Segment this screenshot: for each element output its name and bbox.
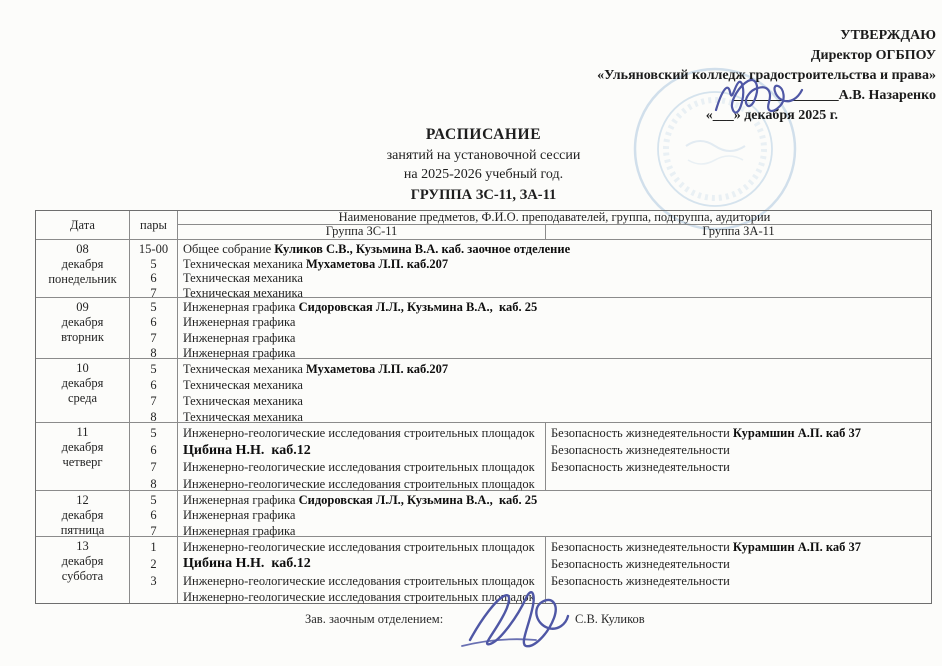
approval-line-3: «Ульяновский колледж градостроительства … — [416, 66, 936, 86]
subject-line: Техническая механика — [183, 393, 927, 409]
table-row: 08декабряпонедельник15-00567Общее собран… — [36, 239, 931, 297]
footer-label: Зав. заочным отделением: — [305, 612, 443, 627]
date-cell: 09декабрявторник — [36, 298, 130, 358]
subject-line: Инженерная графика — [183, 331, 927, 346]
subject-line: Безопасность жизнедеятельности — [551, 573, 927, 590]
subject-line: Инженерно-геологические исследования стр… — [183, 539, 541, 556]
subject-cell-full: Техническая механика Мухаметова Л.П. каб… — [178, 359, 931, 422]
header-date: Дата — [36, 211, 130, 239]
document-title: РАСПИСАНИЕ — [35, 124, 932, 146]
schedule-table: Дата пары Наименование предметов, Ф.И.О.… — [35, 210, 932, 604]
table-row: 10декабрясреда5678Техническая механика М… — [36, 358, 931, 422]
subject-line: Техническая механика Мухаметова Л.П. каб… — [183, 257, 927, 272]
subject-line: Цибина Н.Н. каб.12 — [183, 556, 541, 573]
title-block: РАСПИСАНИЕ занятий на установочной сесси… — [35, 124, 932, 205]
approval-line-1: УТВЕРЖДАЮ — [416, 26, 936, 46]
subject-cell-full: Общее собрание Куликов С.В., Кузьмина В.… — [178, 240, 931, 297]
approval-sign-line: _______________А.В. Назаренко — [416, 86, 936, 106]
table-row: 09декабрявторник5678Инженерная графика С… — [36, 297, 931, 358]
subject-cell-za11: Безопасность жизнедеятельности Курамшин … — [546, 423, 931, 490]
director-name: А.В. Назаренко — [839, 88, 936, 103]
header-group-zs11: Группа ЗС-11 — [178, 225, 546, 239]
table-body: 08декабряпонедельник15-00567Общее собран… — [36, 239, 931, 603]
pairs-cell: 123 — [130, 537, 178, 603]
subject-line: Инженерная графика Сидоровская Л.Л., Куз… — [183, 300, 927, 315]
subject-line: Техническая механика — [183, 271, 927, 286]
pairs-cell: 567 — [130, 491, 178, 536]
subject-cell-zs11: Инженерно-геологические исследования стр… — [178, 423, 546, 490]
subject-line: Инженерно-геологические исследования стр… — [183, 459, 541, 476]
table-header: Дата пары Наименование предметов, Ф.И.О.… — [36, 211, 931, 239]
date-cell: 11декабрячетверг — [36, 423, 130, 490]
signature-underline: _______________ — [734, 88, 839, 103]
group-title: ГРУППА ЗС-11, ЗА-11 — [35, 185, 932, 205]
table-row: 13декабрясуббота123Инженерно-геологическ… — [36, 536, 931, 603]
subject-line: Инженерно-геологические исследования стр… — [183, 589, 541, 606]
subject-line: Инженерная графика Сидоровская Л.Л., Куз… — [183, 493, 927, 508]
date-cell: 12декабряпятница — [36, 491, 130, 536]
subject-line: Инженерная графика — [183, 315, 927, 330]
approval-block: УТВЕРЖДАЮ Директор ОГБПОУ «Ульяновский к… — [416, 26, 936, 126]
subject-line: Общее собрание Куликов С.В., Кузьмина В.… — [183, 242, 927, 257]
document-subtitle-2: на 2025-2026 учебный год. — [35, 165, 932, 184]
header-subjects: Наименование предметов, Ф.И.О. преподава… — [178, 211, 931, 225]
subject-line: Безопасность жизнедеятельности — [551, 442, 927, 459]
header-pairs: пары — [130, 211, 178, 239]
pairs-cell: 15-00567 — [130, 240, 178, 297]
pairs-cell: 5678 — [130, 423, 178, 490]
table-row: 11декабрячетверг5678Инженерно-геологичес… — [36, 422, 931, 490]
header-groups: Группа ЗС-11 Группа ЗА-11 — [178, 225, 931, 239]
approval-line-2: Директор ОГБПОУ — [416, 46, 936, 66]
subject-line: Инженерная графика — [183, 508, 927, 523]
subject-line: Техническая механика Мухаметова Л.П. каб… — [183, 361, 927, 377]
pairs-cell: 5678 — [130, 359, 178, 422]
subject-cell-zs11: Инженерно-геологические исследования стр… — [178, 537, 546, 603]
subject-line: Цибина Н.Н. каб.12 — [183, 442, 541, 459]
subject-line: Безопасность жизнедеятельности Курамшин … — [551, 539, 927, 556]
approval-date-line: «___» декабря 2025 г. — [416, 106, 936, 126]
date-cell: 10декабрясреда — [36, 359, 130, 422]
subject-line: Безопасность жизнедеятельности — [551, 556, 927, 573]
document-subtitle-1: занятий на установочной сессии — [35, 146, 932, 165]
subject-line: Техническая механика — [183, 377, 927, 393]
header-group-za11: Группа ЗА-11 — [546, 225, 931, 239]
subject-cell-full: Инженерная графика Сидоровская Л.Л., Куз… — [178, 491, 931, 536]
subject-line: Инженерно-геологические исследования стр… — [183, 425, 541, 442]
subject-line: Безопасность жизнедеятельности Курамшин … — [551, 425, 927, 442]
footer-signer-name: С.В. Куликов — [575, 612, 645, 627]
pairs-cell: 5678 — [130, 298, 178, 358]
subject-line: Безопасность жизнедеятельности — [551, 459, 927, 476]
table-row: 12декабряпятница567Инженерная графика Си… — [36, 490, 931, 536]
subject-cell-full: Инженерная графика Сидоровская Л.Л., Куз… — [178, 298, 931, 358]
date-cell: 08декабряпонедельник — [36, 240, 130, 297]
subject-line: Инженерно-геологические исследования стр… — [183, 573, 541, 590]
header-right: Наименование предметов, Ф.И.О. преподава… — [178, 211, 931, 239]
date-cell: 13декабрясуббота — [36, 537, 130, 603]
subject-cell-za11: Безопасность жизнедеятельности Курамшин … — [546, 537, 931, 603]
document-page: УТВЕРЖДАЮ Директор ОГБПОУ «Ульяновский к… — [0, 0, 942, 666]
